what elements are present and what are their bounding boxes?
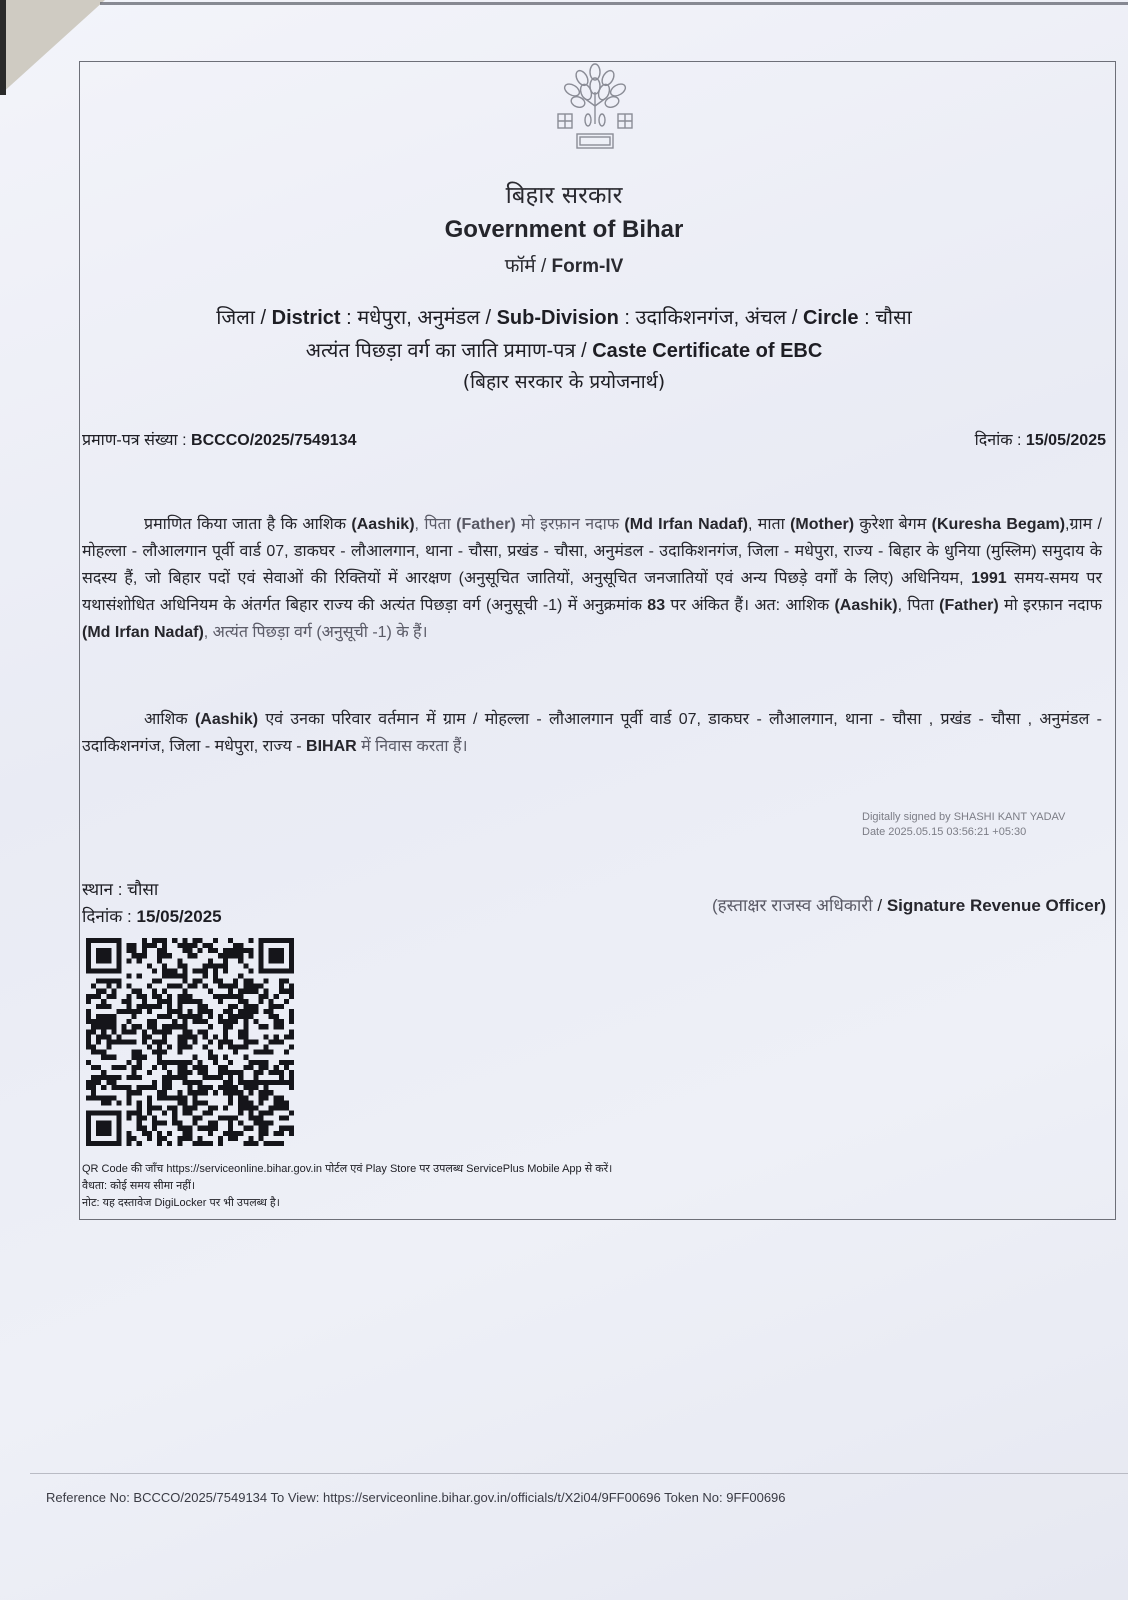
certificate-title-hindi: अत्यंत पिछड़ा वर्ग का जाति प्रमाण-पत्र bbox=[306, 340, 576, 362]
issue-date: दिनांक : 15/05/2025 bbox=[82, 903, 222, 930]
subdivision-label-en: Sub-Division bbox=[497, 307, 619, 329]
district-value: मधेपुरा bbox=[357, 307, 406, 329]
bihar-emblem-icon bbox=[552, 62, 638, 156]
certificate-date: दिनांक : 15/05/2025 bbox=[975, 428, 1106, 450]
issue-place: स्थान : चौसा bbox=[82, 876, 222, 903]
title-hindi: बिहार सरकार bbox=[0, 178, 1128, 211]
district-label-hi: जिला bbox=[216, 307, 255, 329]
qr-verification-note: QR Code की जाँच https://serviceonline.bi… bbox=[82, 1161, 612, 1178]
title-english: Government of Bihar bbox=[0, 216, 1128, 244]
circle-label-hi: अंचल bbox=[745, 307, 787, 329]
digital-signature-date: Date 2025.05.15 03:56:21 +05:30 bbox=[862, 825, 1065, 840]
document-page: बिहार सरकार Government of Bihar फॉर्म / … bbox=[0, 0, 1128, 1600]
residence-paragraph: आशिक (Aashik) एवं उनका परिवार वर्तमान मे… bbox=[82, 706, 1102, 760]
form-label-english: Form-IV bbox=[552, 256, 624, 277]
form-number: फॉर्म / Form-IV bbox=[0, 252, 1128, 278]
certificate-title-english: Caste Certificate of EBC bbox=[592, 340, 822, 362]
circle-value: चौसा bbox=[875, 307, 912, 329]
certificate-number-value: BCCCO/2025/7549134 bbox=[191, 432, 356, 449]
circle-label-en: Circle bbox=[803, 307, 859, 329]
footer-divider bbox=[30, 1473, 1128, 1474]
qr-code-icon[interactable] bbox=[86, 938, 294, 1146]
district-label-en: District bbox=[272, 307, 341, 329]
verification-notes: QR Code की जाँच https://serviceonline.bi… bbox=[82, 1161, 612, 1212]
subdivision-value: उदाकिशनगंज bbox=[636, 307, 734, 329]
issue-place-date: स्थान : चौसा दिनांक : 15/05/2025 bbox=[82, 876, 222, 930]
reference-footer: Reference No: BCCCO/2025/7549134 To View… bbox=[46, 1490, 786, 1505]
signature-label-hindi: (हस्ताक्षर राजस्व अधिकारी bbox=[712, 896, 873, 915]
form-label-hindi: फॉर्म bbox=[505, 256, 536, 277]
validity-note: वैधता: कोई समय सीमा नहीं। bbox=[82, 1178, 612, 1195]
certificate-purpose: (बिहार सरकार के प्रयोजनार्थ) bbox=[0, 368, 1128, 394]
certificate-title: अत्यंत पिछड़ा वर्ग का जाति प्रमाण-पत्र /… bbox=[0, 336, 1128, 363]
certificate-number: प्रमाण-पत्र संख्या : BCCCO/2025/7549134 bbox=[82, 428, 356, 450]
digital-signature-signer: Digitally signed by SHASHI KANT YADAV bbox=[862, 810, 1065, 825]
certification-paragraph: प्रमाणित किया जाता है कि आशिक (Aashik), … bbox=[82, 511, 1102, 646]
page-top-edge bbox=[100, 2, 1128, 5]
signature-label-english: Signature Revenue Officer) bbox=[887, 896, 1106, 915]
jurisdiction-line: जिला / District : मधेपुरा, अनुमंडल / Sub… bbox=[0, 303, 1128, 330]
digilocker-note: नोट: यह दस्तावेज DigiLocker पर भी उपलब्ध… bbox=[82, 1195, 612, 1212]
certificate-date-value: 15/05/2025 bbox=[1026, 432, 1106, 449]
certificate-number-label: प्रमाण-पत्र संख्या : bbox=[82, 432, 187, 449]
certificate-date-label: दिनांक : bbox=[975, 432, 1022, 449]
subdivision-label-hi: अनुमंडल bbox=[417, 307, 480, 329]
digital-signature-stamp: Digitally signed by SHASHI KANT YADAV Da… bbox=[862, 810, 1065, 840]
signature-label: (हस्ताक्षर राजस्व अधिकारी / Signature Re… bbox=[712, 893, 1106, 916]
